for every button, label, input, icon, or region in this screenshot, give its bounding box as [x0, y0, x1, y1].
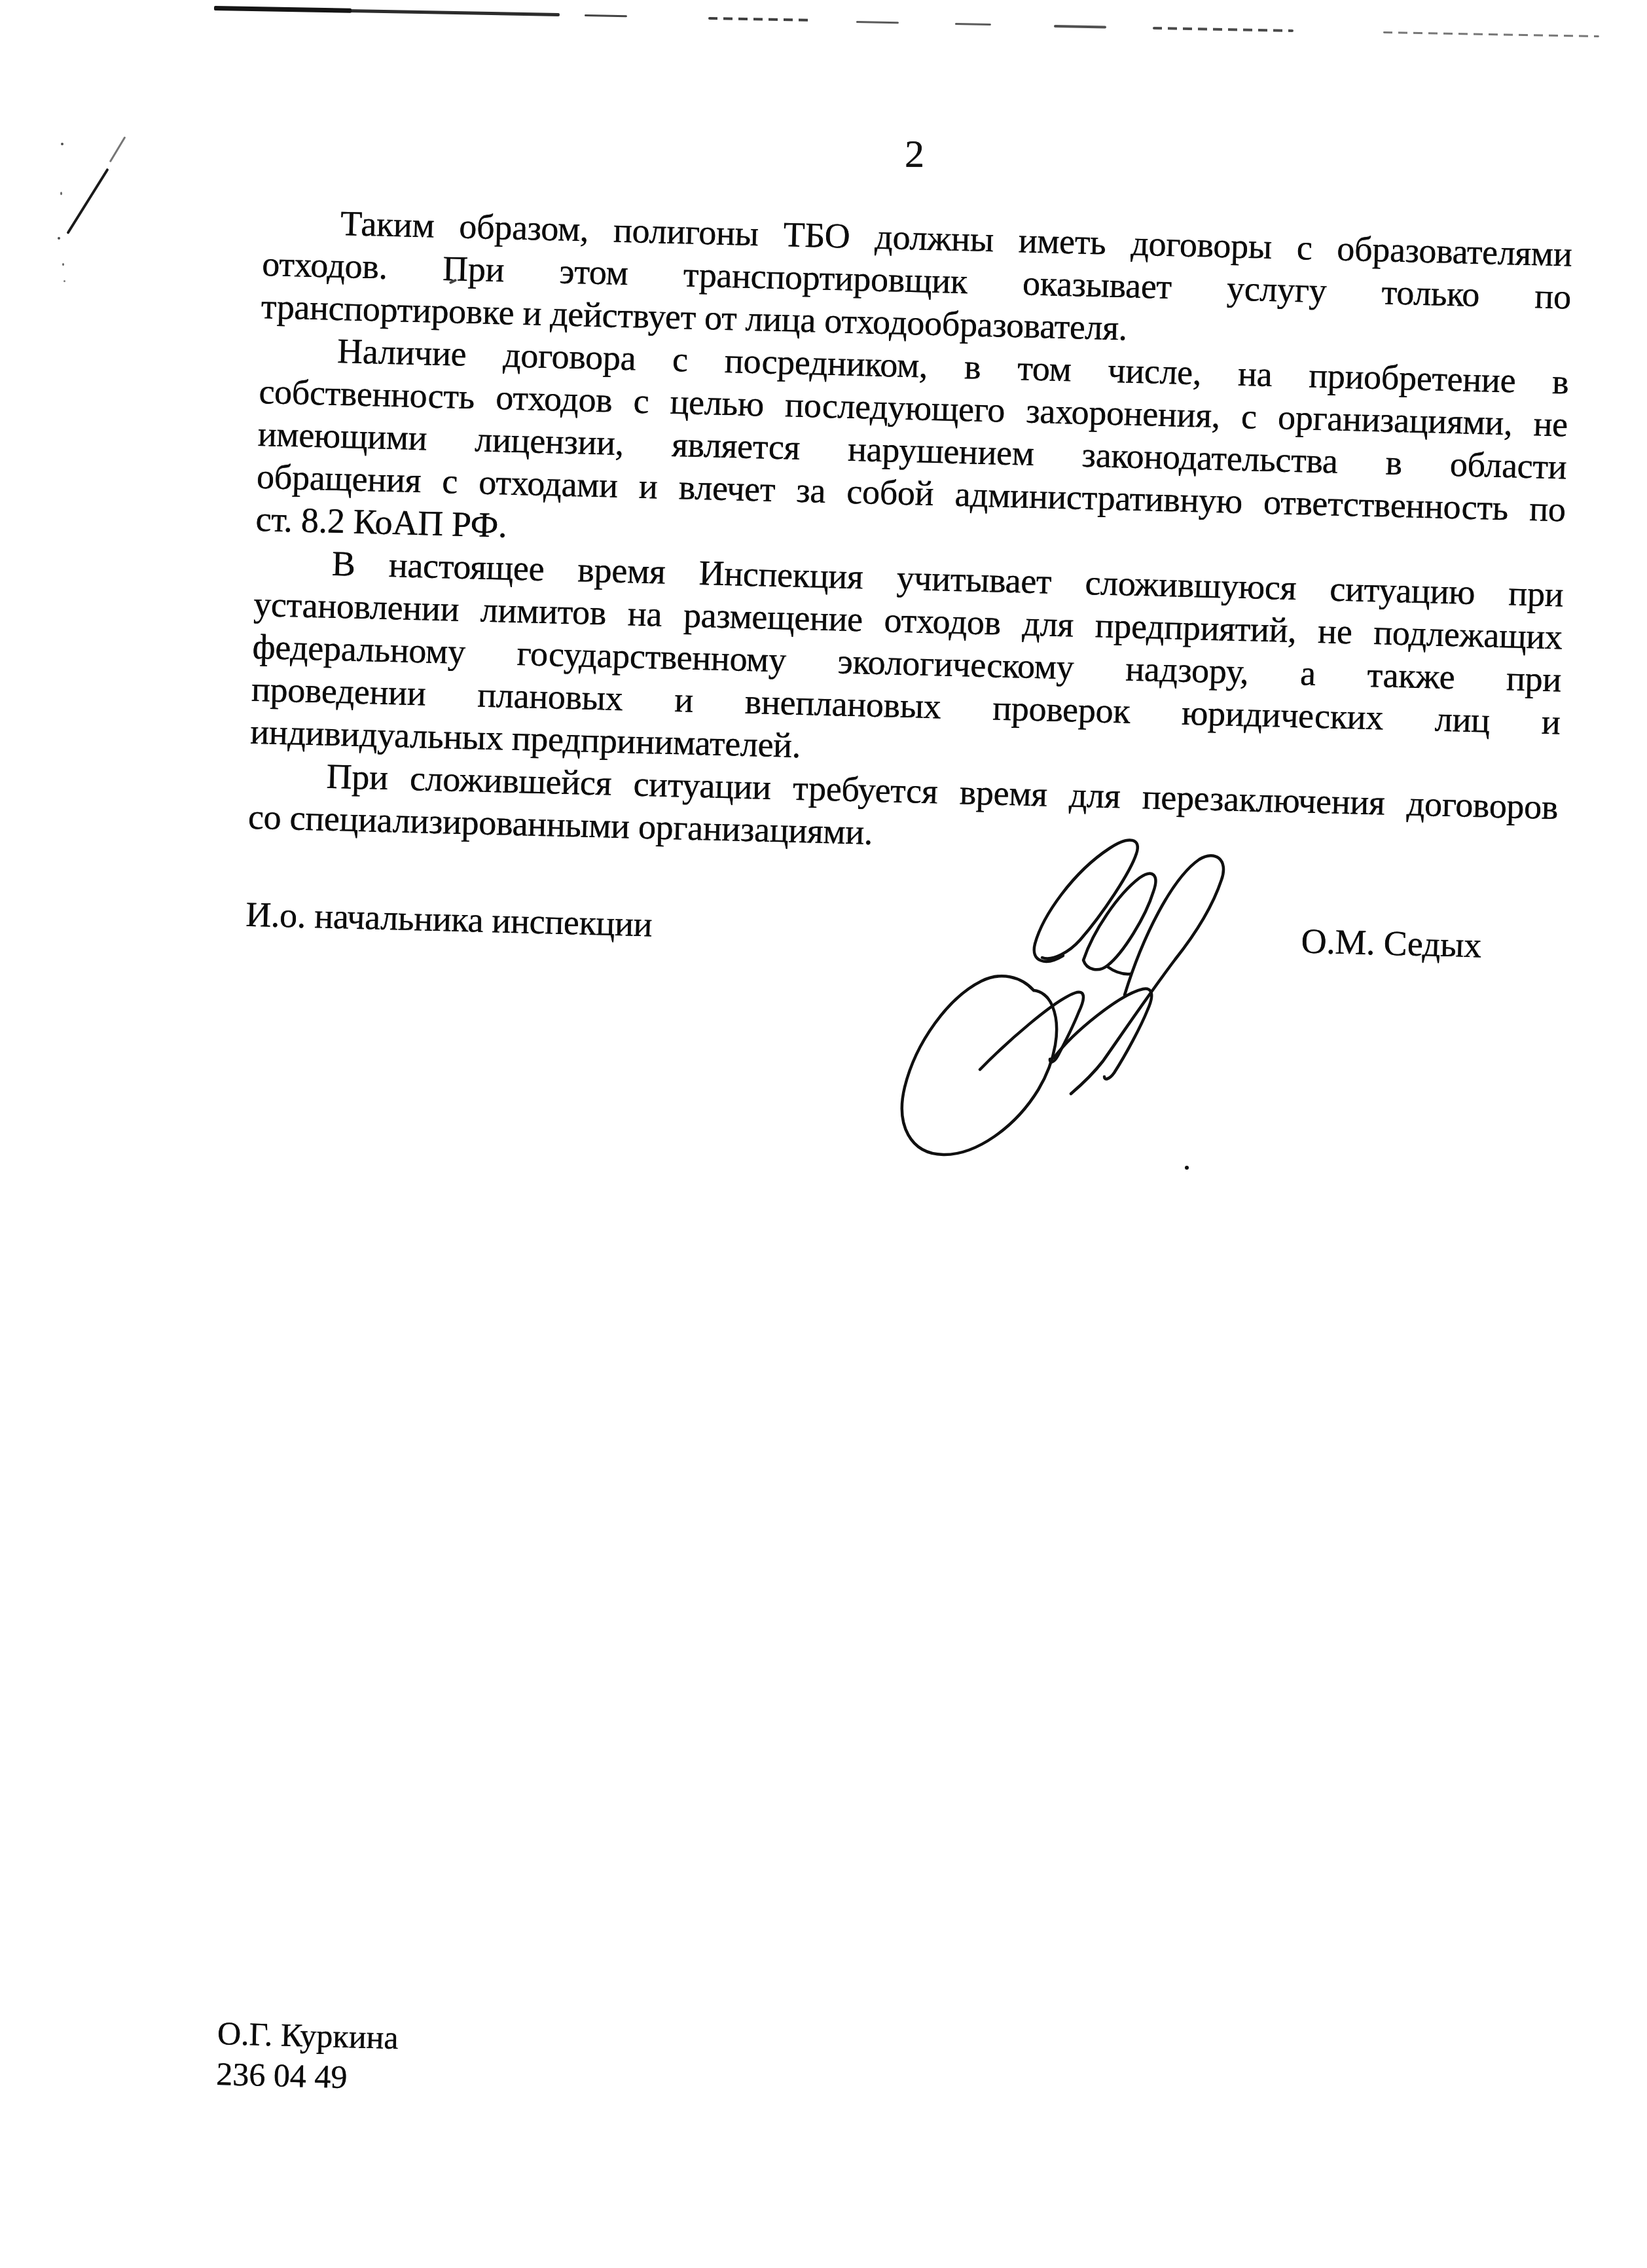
word: отходами: [479, 461, 619, 507]
word: только: [1381, 271, 1480, 316]
scan-streak: [585, 14, 627, 17]
word: обращения: [256, 456, 422, 502]
word: услугу: [1226, 267, 1327, 312]
word: должны: [875, 216, 994, 262]
scan-diagonal-mark: [109, 136, 126, 162]
page-number: 2: [905, 132, 924, 175]
word: экологическому: [837, 640, 1074, 689]
word: ответственность: [1263, 481, 1508, 530]
word: этом: [559, 250, 629, 295]
word: лиц: [1434, 698, 1490, 742]
scan-streak: [708, 17, 810, 22]
word: имеющими: [257, 413, 427, 460]
word: не: [1533, 403, 1568, 446]
word: ситуацию: [1330, 567, 1475, 614]
word: образом,: [459, 206, 589, 251]
word: настоящее: [388, 544, 545, 590]
word: административную: [954, 473, 1243, 523]
word: отходов: [496, 376, 613, 422]
word: проверок: [992, 687, 1131, 732]
word: надзору,: [1125, 648, 1250, 694]
word: и: [638, 465, 658, 509]
word: для: [1068, 774, 1121, 818]
scan-speck: [63, 280, 65, 282]
word: не: [1317, 610, 1352, 653]
scan-diagonal-mark: [66, 168, 109, 234]
scan-streak: [1153, 27, 1294, 32]
scan-streak: [955, 23, 991, 26]
word: с: [633, 380, 649, 423]
signature-scribble: [877, 831, 1257, 1185]
word: области: [1449, 443, 1567, 488]
word: юридических: [1181, 692, 1383, 740]
word: При: [442, 247, 505, 291]
executor-name: О.Г. Куркина: [217, 2013, 399, 2058]
word: на: [1237, 353, 1273, 396]
word: проведении: [251, 668, 426, 715]
word: При: [326, 755, 389, 799]
word: организациями,: [1277, 396, 1513, 444]
word: нарушением: [847, 428, 1034, 475]
word: федеральному: [252, 626, 466, 674]
word: для: [1022, 603, 1074, 647]
word: на: [627, 592, 662, 636]
word: законодательства: [1081, 434, 1338, 483]
word: с: [442, 460, 458, 503]
word: отходов: [884, 599, 1002, 644]
scan-streak: [1383, 31, 1599, 37]
word: государственному: [516, 632, 787, 681]
word: оказывает: [1022, 262, 1172, 308]
word: сложившейся: [409, 757, 612, 805]
word: лицензии,: [475, 418, 624, 465]
word: перезаключения: [1142, 776, 1385, 824]
word: время: [577, 549, 666, 593]
word: а: [1299, 652, 1316, 695]
scan-streak: [1054, 25, 1106, 28]
word: посредником,: [724, 340, 928, 387]
word: также: [1367, 654, 1455, 698]
word: договора: [503, 334, 637, 380]
executor-block: О.Г. Куркина 236 04 49: [216, 2013, 399, 2098]
scan-speck: [60, 192, 62, 195]
word: том: [1017, 347, 1072, 391]
word: Таким: [340, 202, 435, 247]
word: при: [1506, 657, 1562, 701]
scan-speck: [62, 263, 64, 266]
word: и: [1541, 701, 1561, 744]
word: влечет: [678, 466, 776, 511]
word: сложившуюся: [1085, 562, 1297, 609]
word: лимитов: [480, 589, 607, 635]
word: собой: [846, 471, 934, 515]
signatory-title: И.о. начальника инспекции: [245, 893, 653, 946]
word: приобретение: [1309, 354, 1517, 402]
word: при: [1508, 572, 1565, 616]
word: установлении: [253, 583, 460, 631]
scan-streak: [347, 9, 560, 16]
document-page: 2 Такимобразом,полигоныТБОдолжныиметьдог…: [0, 0, 1647, 2268]
word: плановых: [477, 674, 624, 721]
word: внеплановых: [744, 681, 941, 729]
word: в: [964, 346, 981, 389]
word: ТБО: [783, 213, 850, 258]
scan-streak: [856, 21, 899, 24]
word: в: [1551, 361, 1569, 404]
word: предприятий,: [1095, 604, 1297, 652]
word: за: [796, 469, 826, 513]
word: подлежащих: [1373, 611, 1563, 658]
word: иметь: [1018, 219, 1106, 264]
word: отходов.: [262, 243, 388, 289]
word: по: [1534, 275, 1572, 318]
word: Инспекция: [698, 552, 863, 598]
executor-phone: 236 04 49: [216, 2053, 398, 2098]
word: в: [1385, 442, 1403, 485]
word: с: [1296, 226, 1312, 270]
word: собственность: [259, 370, 475, 418]
word: по: [1529, 488, 1566, 531]
word: является: [671, 423, 801, 469]
word: требуется: [792, 767, 938, 814]
word: полигоны: [613, 209, 759, 256]
word: и: [674, 679, 694, 722]
word: захоронения,: [1026, 390, 1221, 437]
word: целью: [670, 381, 765, 426]
word: договоры: [1131, 223, 1273, 268]
word: образователями: [1337, 228, 1573, 276]
word: ситуации: [633, 763, 772, 809]
word: Наличие: [336, 330, 467, 376]
signatory-name: О.М. Седых: [1301, 920, 1482, 967]
word: транспортировщик: [683, 253, 968, 303]
scan-speck: [58, 237, 60, 240]
word: с: [1240, 395, 1257, 439]
word: договоров: [1406, 782, 1559, 829]
word: размещение: [683, 594, 863, 641]
word: время: [959, 771, 1048, 816]
scan-streak: [214, 6, 352, 13]
scan-speck: [61, 143, 63, 145]
word: числе,: [1108, 350, 1202, 395]
word: учитывает: [896, 557, 1052, 603]
word: последующего: [784, 384, 1005, 431]
word: с: [672, 338, 688, 382]
word: В: [331, 543, 355, 586]
